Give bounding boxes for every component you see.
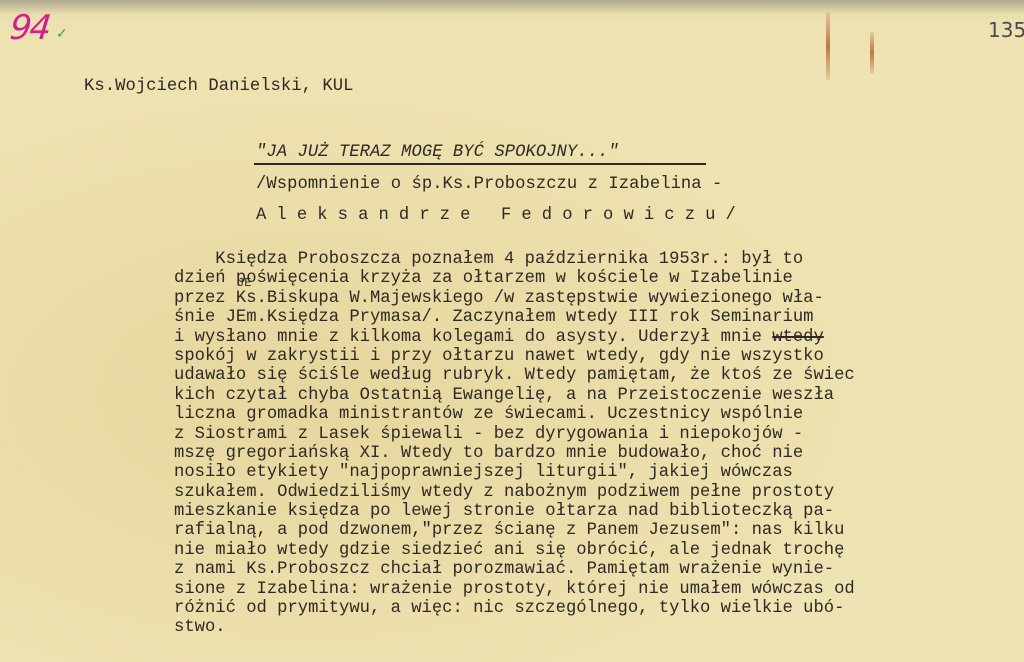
body-line: stwo.: [174, 618, 1024, 637]
author-line: Ks.Wojciech Danielski, KUL: [84, 77, 353, 97]
body-line: śnie JEm.Księdza Prymasa/. Zaczynałem wt…: [174, 308, 1024, 327]
body-paragraph: Księdza Proboszcza poznałem 4 październi…: [174, 250, 1024, 638]
title-underline: [254, 163, 706, 165]
subtitle-line-2: Aleksandrze Fedorowiczu/: [256, 206, 746, 226]
body-line: dzień poświęcenia krzyża za ołtarzem w k…: [174, 269, 1024, 288]
body-line: udawało się ściśle według rubryk. Wtedy …: [174, 366, 1024, 385]
body-line: mieszkanie księdza po lewej stronie ołta…: [174, 502, 1024, 521]
body-line: z Siostrami z Lasek śpiewali - bez dyryg…: [174, 425, 1024, 444]
body-line: z nami Ks.Proboszcz chciał porozmawiać. …: [174, 560, 1024, 579]
body-line: liczna gromadka ministrantów ze świecami…: [174, 405, 1024, 424]
rust-stain: [870, 32, 874, 74]
body-line: nosiło etykiety "najpoprawniejszej litur…: [174, 463, 1024, 482]
struck-word: wtedy: [772, 328, 824, 347]
rust-stain: [826, 12, 830, 80]
check-icon: ✓: [56, 26, 68, 42]
body-line: szukałem. Odwiedziliśmy wtedy z nabożnym…: [174, 483, 1024, 502]
paper-edge-shadow: [0, 0, 1024, 14]
body-line: różnić od prymitywu, a więc: nic szczegó…: [174, 599, 1024, 618]
body-line: przez Ks.Biskupa W.Majewskiego /w zastęp…: [174, 289, 1024, 308]
subtitle-line-1: /Wspomnienie o śp.Ks.Proboszczu z Izabel…: [256, 175, 722, 195]
body-line: nie miało wtedy gdzie siedzieć ani się o…: [174, 541, 1024, 560]
handwritten-page-number: 94: [8, 8, 51, 48]
document-title: "JA JUŻ TERAZ MOGĘ BYĆ SPOKOJNY...": [256, 143, 619, 163]
body-line: kich czytał chyba Ostatnią Ewangelię, a …: [174, 386, 1024, 405]
body-line-text: i wysłano mnie z kilkoma kolegami do asy…: [174, 328, 772, 347]
body-line: i wysłano mnie z kilkoma kolegami do asy…: [174, 328, 1024, 347]
archive-page-number: 135: [988, 18, 1024, 42]
body-line: sione z Izabelina: wrażenie prostoty, kt…: [174, 580, 1024, 599]
body-line: Księdza Proboszcza poznałem 4 październi…: [174, 250, 1024, 269]
body-line: mszę gregoriańską XI. Wtedy to bardzo mn…: [174, 444, 1024, 463]
body-line: spokój w zakrystii i przy ołtarzu nawet …: [174, 347, 1024, 366]
body-line: rafialną, a pod dzwonem,"przez ścianę z …: [174, 521, 1024, 540]
